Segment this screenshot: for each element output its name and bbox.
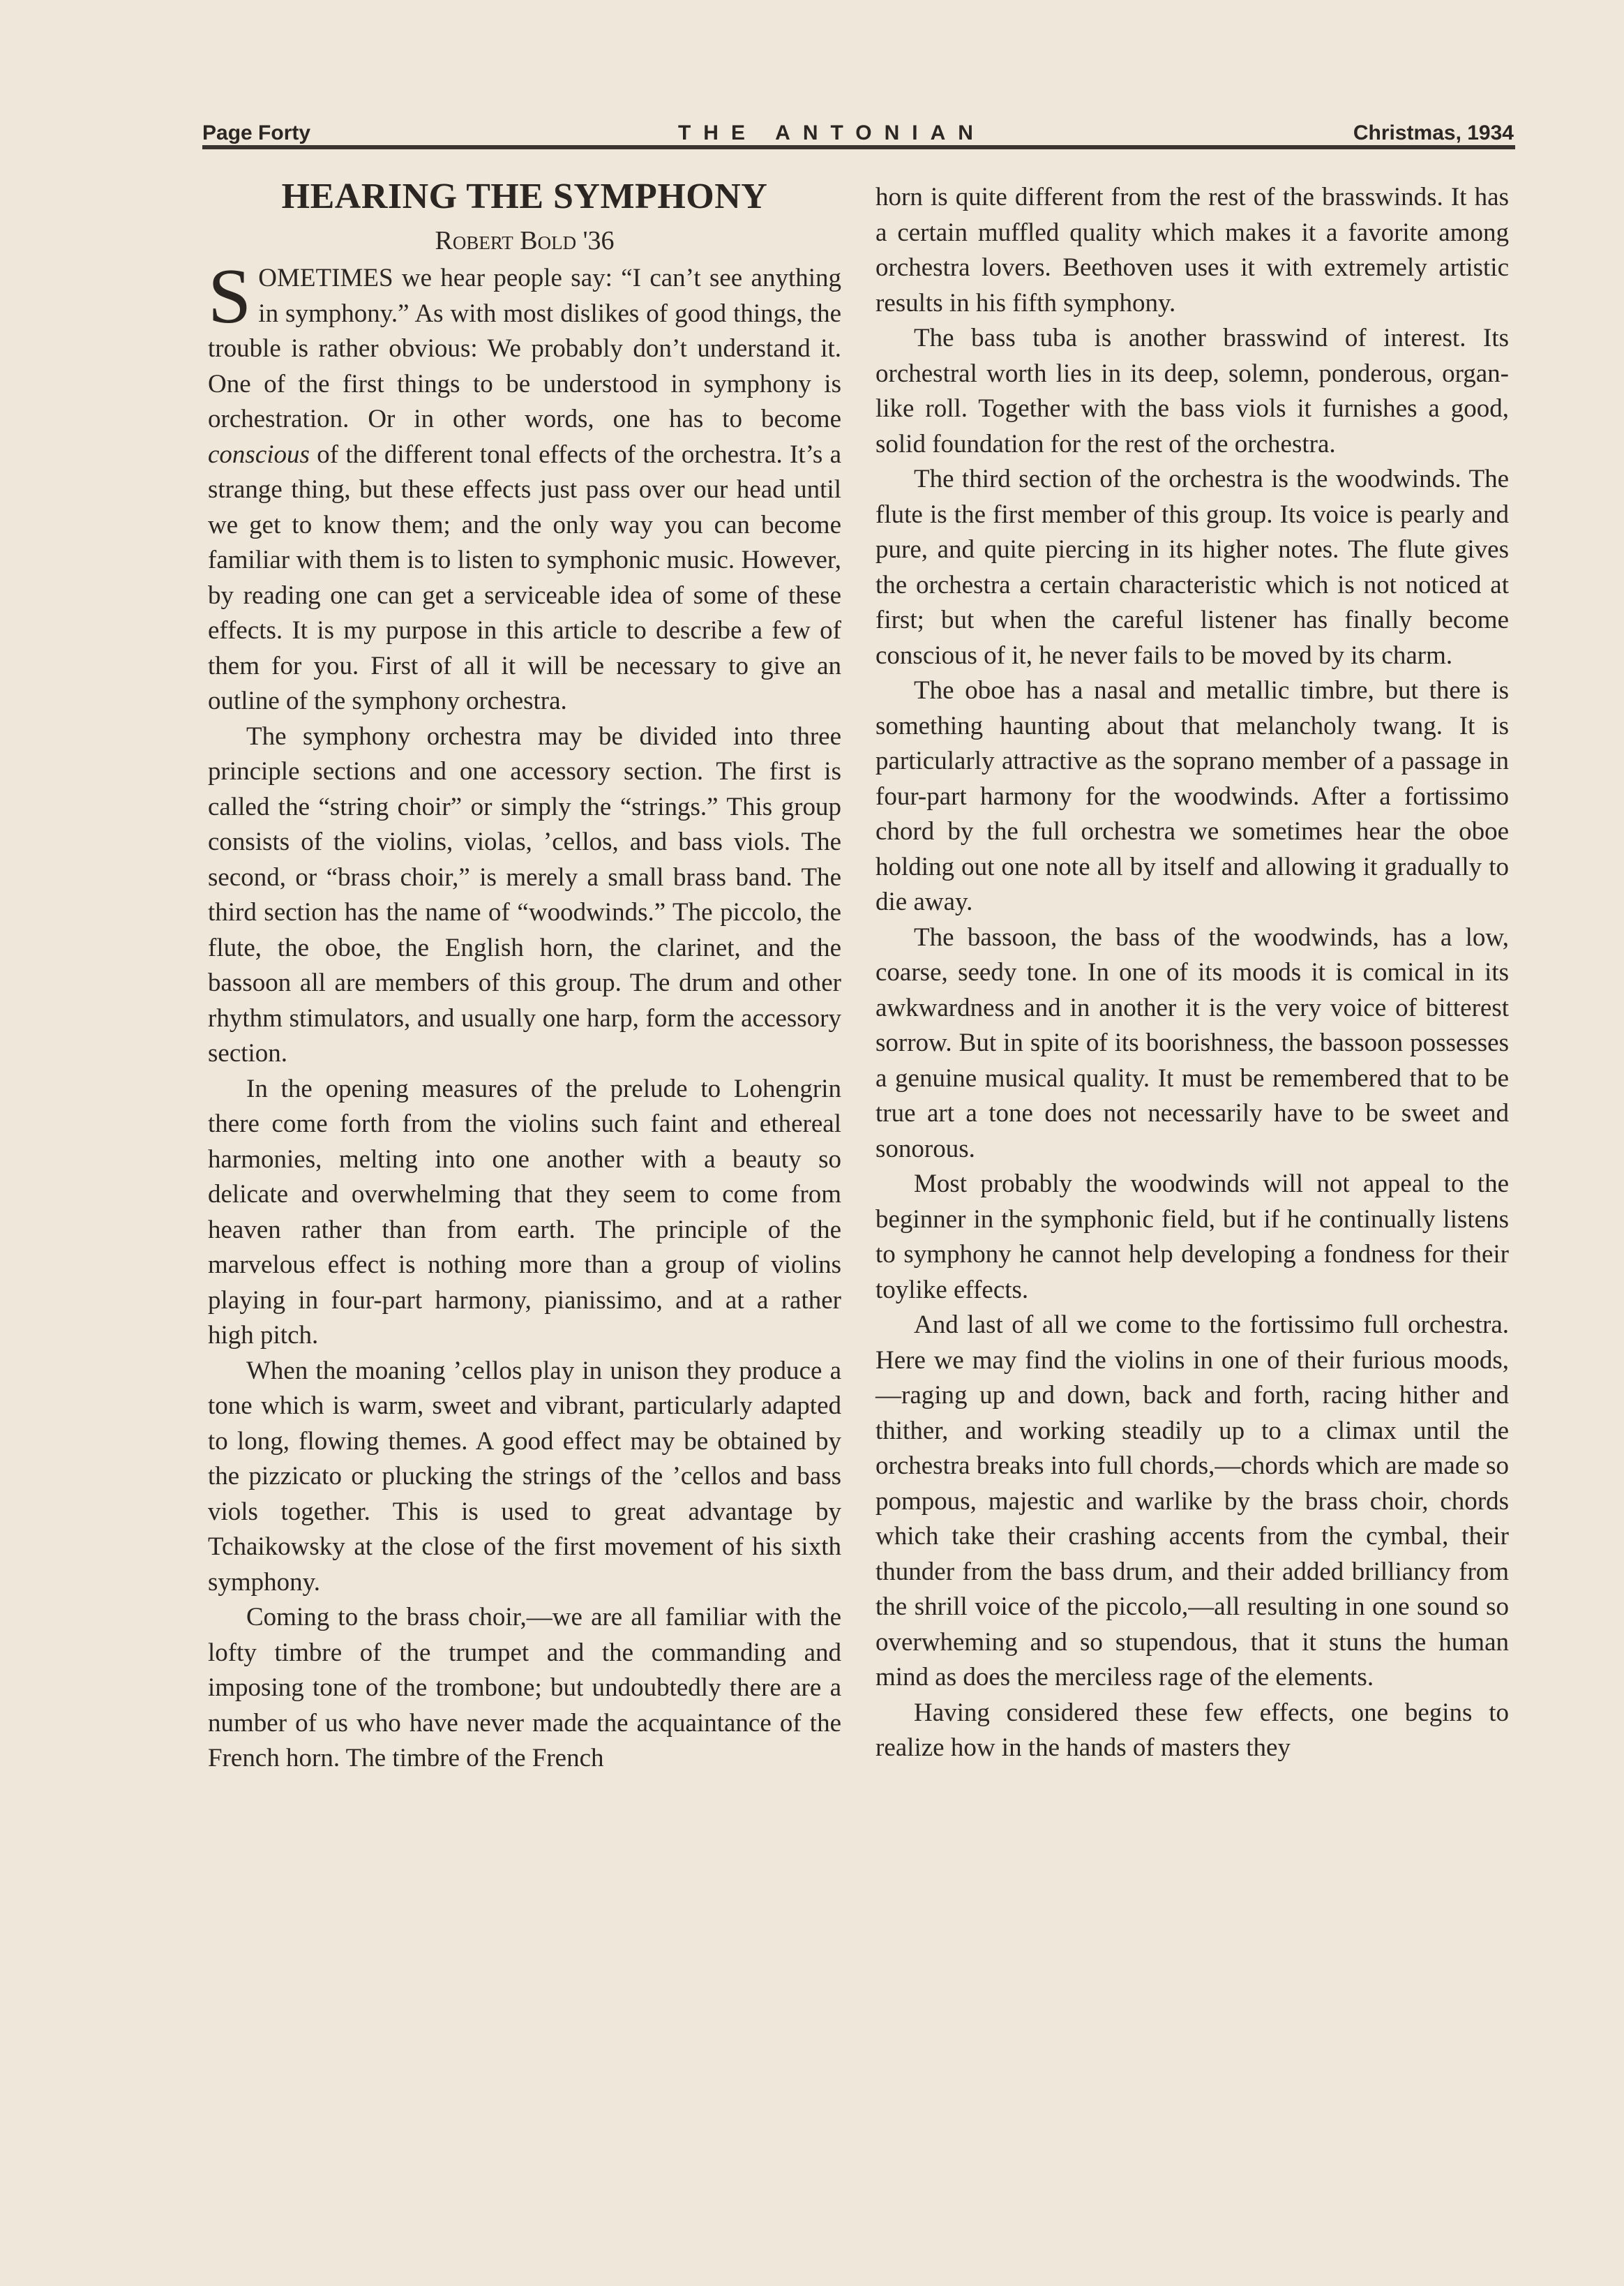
left-column: HEARING THE SYMPHONY Robert Bold '36 SOM… (208, 174, 841, 1777)
running-header: Page Forty THE ANTONIAN Christmas, 1934 (202, 117, 1514, 145)
paragraph: Having considered these few effects, one… (875, 1696, 1509, 1766)
continued-paragraph: horn is quite different from the rest of… (875, 180, 1509, 321)
paragraph: The bassoon, the bass of the woodwinds, … (875, 920, 1509, 1167)
drop-cap: S (208, 265, 251, 328)
paragraph: Most probably the woodwinds will not app… (875, 1167, 1509, 1308)
issue-date: Christmas, 1934 (1353, 121, 1514, 145)
publication-title: THE ANTONIAN (678, 121, 986, 145)
paragraph: The bass tuba is another brasswind of in… (875, 321, 1509, 462)
article-author: Robert Bold '36 (208, 223, 841, 258)
article-title: HEARING THE SYMPHONY (208, 174, 841, 219)
page-number: Page Forty (202, 121, 310, 145)
paragraph: The symphony orchestra may be divided in… (208, 719, 841, 1072)
paragraph: The oboe has a nasal and metallic timbre… (875, 673, 1509, 920)
opening-paragraph: SOMETIMES we hear people say: “I can’t s… (208, 261, 841, 719)
paragraph: Coming to the brass choir,—we are all fa… (208, 1600, 841, 1777)
paragraph: When the moaning ’cellos play in unison … (208, 1354, 841, 1601)
paragraph: In the opening measures of the prelude t… (208, 1072, 841, 1354)
paragraph: The third section of the orchestra is th… (875, 462, 1509, 673)
header-rule (202, 145, 1515, 149)
magazine-page: Page Forty THE ANTONIAN Christmas, 1934 … (0, 0, 1624, 2286)
paragraph: And last of all we come to the fortissim… (875, 1308, 1509, 1696)
right-column: horn is quite different from the rest of… (875, 180, 1509, 1766)
